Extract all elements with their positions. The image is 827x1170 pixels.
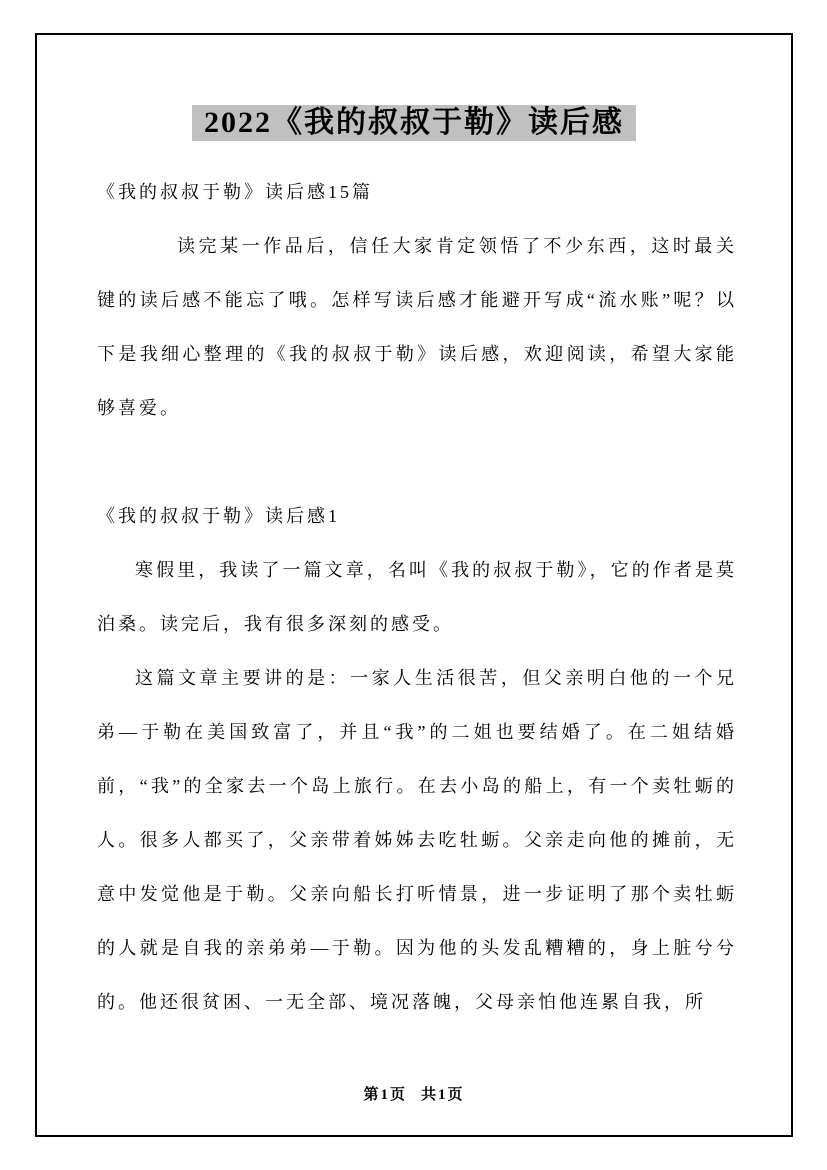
footer-total-pages: 共1页 [421, 1087, 465, 1103]
document-page: 2022《我的叔叔于勒》读后感 《我的叔叔于勒》读后感15篇 读完某一作品后，信… [35, 33, 793, 1137]
title-row: 2022《我的叔叔于勒》读后感 [37, 105, 791, 141]
document-body: 《我的叔叔于勒》读后感15篇 读完某一作品后，信任大家肯定领悟了不少东西，这时最… [97, 165, 737, 1029]
page-footer: 第1页共1页 [37, 1085, 791, 1105]
intro-paragraph: 读完某一作品后，信任大家肯定领悟了不少东西，这时最关键的读后感不能忘了哦。怎样写… [97, 219, 737, 435]
footer-current-page: 第1页 [363, 1087, 407, 1103]
section-heading: 《我的叔叔于勒》读后感1 [97, 489, 737, 543]
document-subtitle: 《我的叔叔于勒》读后感15篇 [97, 165, 737, 219]
body-paragraph: 这篇文章主要讲的是：一家人生活很苦，但父亲明白他的一个兄弟—于勒在美国致富了，并… [97, 651, 737, 1029]
body-paragraph: 寒假里，我读了一篇文章，名叫《我的叔叔于勒》，它的作者是莫泊桑。读完后，我有很多… [97, 543, 737, 651]
page-title: 2022《我的叔叔于勒》读后感 [192, 105, 636, 141]
